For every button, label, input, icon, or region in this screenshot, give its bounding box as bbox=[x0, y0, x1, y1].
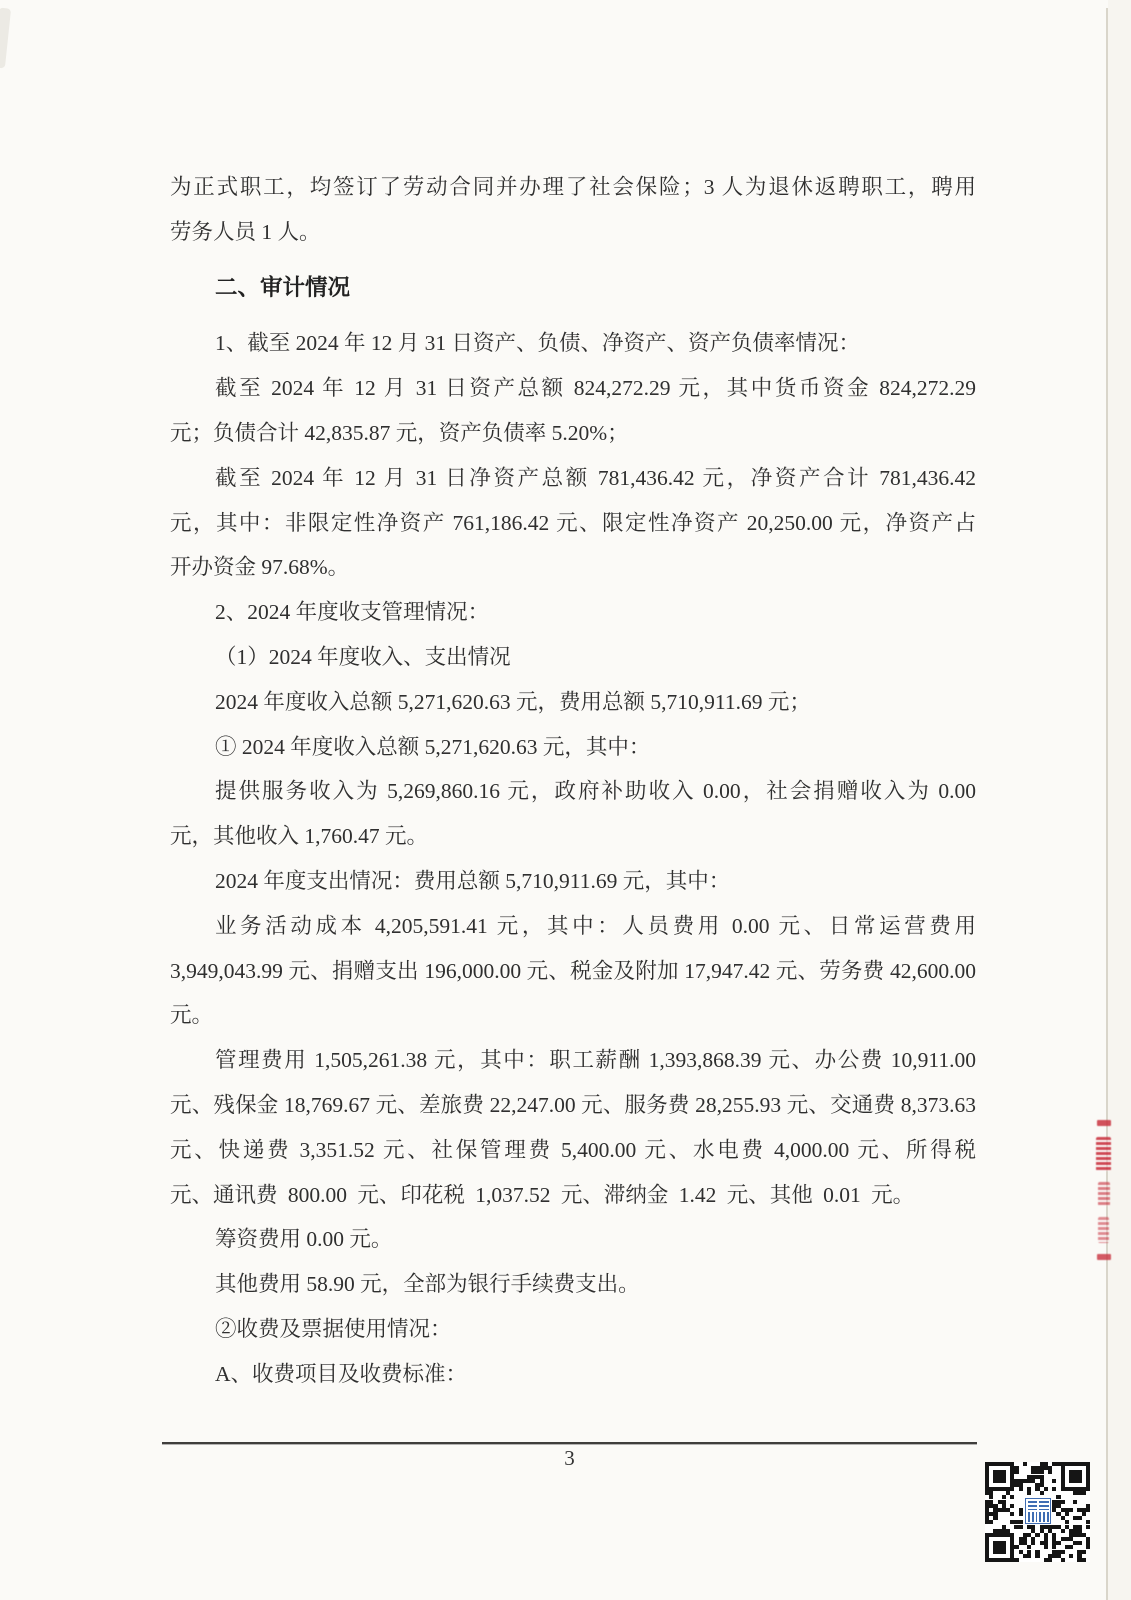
qr-module bbox=[1031, 1541, 1035, 1545]
qr-center-logo bbox=[1025, 1498, 1051, 1524]
seal-mark bbox=[1097, 1120, 1111, 1126]
qr-module bbox=[1056, 1462, 1060, 1466]
qr-module bbox=[1048, 1558, 1052, 1562]
qr-module bbox=[1073, 1500, 1077, 1504]
qr-module bbox=[993, 1516, 997, 1520]
scan-smudge bbox=[0, 8, 11, 69]
qr-module bbox=[1010, 1495, 1014, 1499]
body-line: 筹资费用 0.00 元。 bbox=[170, 1217, 976, 1262]
body-line: 2024 年度收入总额 5,271,620.63 元，费用总额 5,710,91… bbox=[170, 680, 976, 725]
qr-module bbox=[1069, 1554, 1073, 1558]
scan-edge-line bbox=[1106, 8, 1108, 1600]
page-number: 3 bbox=[162, 1446, 977, 1471]
seal-mark bbox=[1097, 1254, 1111, 1260]
qr-module bbox=[1019, 1512, 1023, 1516]
body-line: 截至 2024 年 12 月 31 日净资产总额 781,436.42 元，净资… bbox=[170, 456, 976, 501]
qr-module bbox=[1014, 1470, 1018, 1474]
qr-module bbox=[1044, 1545, 1048, 1549]
qr-module bbox=[1052, 1479, 1056, 1483]
body-line: 元；负债合计 42,835.87 元，资产负债率 5.20%； bbox=[170, 411, 976, 456]
qr-module bbox=[1086, 1525, 1090, 1529]
qr-module bbox=[1065, 1512, 1069, 1516]
body-line: 开办资金 97.68%。 bbox=[170, 545, 976, 590]
body-line: ②收费及票据使用情况： bbox=[170, 1307, 976, 1352]
qr-module bbox=[1027, 1491, 1031, 1495]
qr-module bbox=[1027, 1554, 1031, 1558]
body-line: 劳务人员 1 人。 bbox=[170, 210, 976, 255]
document-page: 为正式职工，均签订了劳动合同并办理了社会保险；3 人为退休返聘职工，聘用劳务人员… bbox=[0, 0, 1131, 1600]
qr-module bbox=[1082, 1512, 1086, 1516]
body-line: 提供服务收入为 5,269,860.16 元，政府补助收入 0.00，社会捐赠收… bbox=[170, 769, 976, 814]
body-line: 1、截至 2024 年 12 月 31 日资产、负债、净资产、资产负债率情况： bbox=[170, 321, 976, 366]
body-line: 3,949,043.99 元、捐赠支出 196,000.00 元、税金及附加 1… bbox=[170, 949, 976, 994]
footer-rule bbox=[162, 1442, 977, 1444]
qr-module bbox=[1035, 1533, 1039, 1537]
qr-module bbox=[985, 1466, 989, 1487]
qr-module bbox=[1069, 1470, 1082, 1483]
qr-module bbox=[989, 1520, 993, 1524]
scan-bed-strip bbox=[1108, 0, 1131, 1600]
red-seal-fragment bbox=[1094, 1120, 1113, 1260]
body-line: 元、残保金 18,769.67 元、差旅费 22,247.00 元、服务费 28… bbox=[170, 1083, 976, 1128]
qr-module bbox=[993, 1541, 1006, 1554]
qr-module bbox=[1061, 1500, 1065, 1504]
qr-module bbox=[1052, 1487, 1056, 1491]
qr-module bbox=[1061, 1529, 1065, 1533]
qr-module bbox=[1040, 1483, 1044, 1487]
qr-module bbox=[1023, 1462, 1027, 1466]
seal-mark bbox=[1098, 1182, 1110, 1206]
qr-module bbox=[985, 1537, 989, 1558]
qr-module bbox=[1010, 1504, 1014, 1508]
body-line: 为正式职工，均签订了劳动合同并办理了社会保险；3 人为退休返聘职工，聘用 bbox=[170, 165, 976, 210]
qr-module bbox=[1086, 1508, 1090, 1512]
qr-module bbox=[1069, 1545, 1073, 1549]
qr-module bbox=[1082, 1491, 1086, 1495]
body-line: 管理费用 1,505,261.38 元，其中：职工薪酬 1,393,868.39… bbox=[170, 1038, 976, 1083]
body-line: 其他费用 58.90 元，全部为银行手续费支出。 bbox=[170, 1262, 976, 1307]
qr-module bbox=[1061, 1466, 1065, 1487]
qr-module bbox=[1006, 1508, 1010, 1512]
body-line: 元，其中：非限定性净资产 761,186.42 元、限定性净资产 20,250.… bbox=[170, 501, 976, 546]
body-line: 截至 2024 年 12 月 31 日资产总额 824,272.29 元，其中货… bbox=[170, 366, 976, 411]
verification-qr-code bbox=[985, 1462, 1090, 1562]
qr-module bbox=[1086, 1466, 1090, 1487]
body-line: 元。 bbox=[170, 993, 976, 1038]
seal-mark bbox=[1098, 1217, 1109, 1243]
qr-module bbox=[1040, 1491, 1044, 1495]
qr-module bbox=[1077, 1516, 1081, 1520]
body-line: 2024 年度支出情况：费用总额 5,710,911.69 元，其中： bbox=[170, 859, 976, 904]
document-body: 为正式职工，均签订了劳动合同并办理了社会保险；3 人为退休返聘职工，聘用劳务人员… bbox=[170, 165, 976, 1397]
qr-module bbox=[1019, 1483, 1023, 1487]
qr-module bbox=[1006, 1491, 1010, 1495]
qr-module bbox=[1061, 1550, 1065, 1554]
body-line: 2、2024 年度收支管理情况： bbox=[170, 590, 976, 635]
qr-module bbox=[993, 1470, 1006, 1483]
qr-module bbox=[1006, 1529, 1010, 1533]
body-line: 业务活动成本 4,205,591.41 元，其中：人员费用 0.00 元、日常运… bbox=[170, 904, 976, 949]
section-heading: 二、审计情况 bbox=[170, 266, 976, 311]
qr-module bbox=[1010, 1512, 1014, 1516]
qr-module bbox=[1014, 1558, 1018, 1562]
qr-module bbox=[1056, 1541, 1060, 1545]
qr-module bbox=[1019, 1525, 1023, 1529]
qr-module bbox=[1086, 1545, 1090, 1549]
qr-module bbox=[1077, 1541, 1081, 1545]
qr-module bbox=[985, 1558, 1014, 1562]
qr-module bbox=[1061, 1558, 1065, 1562]
qr-module bbox=[1082, 1558, 1086, 1562]
body-line: （1）2024 年度收入、支出情况 bbox=[170, 635, 976, 680]
body-line: 元，其他收入 1,760.47 元。 bbox=[170, 814, 976, 859]
body-line: A、收费项目及收费标准： bbox=[170, 1352, 976, 1397]
qr-module bbox=[1069, 1508, 1073, 1512]
body-line: 元、快递费 3,351.52 元、社保管理费 5,400.00 元、水电费 4,… bbox=[170, 1128, 976, 1173]
body-line: ① 2024 年度收入总额 5,271,620.63 元，其中： bbox=[170, 725, 976, 770]
body-line: 元、通讯费 800.00 元、印花税 1,037.52 元、滞纳金 1.42 元… bbox=[170, 1173, 976, 1218]
qr-module bbox=[1044, 1487, 1048, 1491]
qr-module bbox=[1019, 1487, 1023, 1491]
qr-module bbox=[1048, 1470, 1052, 1474]
seal-mark bbox=[1096, 1137, 1111, 1171]
qr-module bbox=[1082, 1550, 1086, 1554]
qr-module bbox=[1035, 1554, 1039, 1558]
